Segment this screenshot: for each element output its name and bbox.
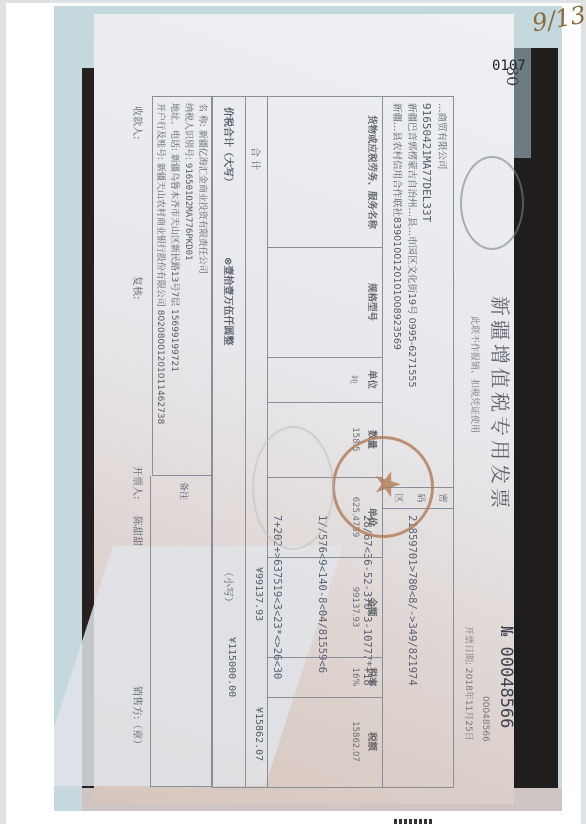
drawer-name: 陈甜甜 bbox=[131, 516, 146, 546]
faded-seal bbox=[252, 426, 334, 550]
col-header: 金额 bbox=[366, 557, 383, 657]
buyer-address: 新疆巴音郭楞蒙古自治州…县…市园区文化街19号 0995-6271555 bbox=[404, 103, 419, 388]
total-amount: ¥99137.93 bbox=[253, 567, 264, 621]
seller-name: 新疆亿海汇金商业投资有限责任公司 bbox=[197, 130, 207, 274]
barcode-fragment bbox=[394, 819, 434, 824]
reviewer-label: 复核: bbox=[131, 276, 146, 299]
invoice-date: 开票日期: 2018年11月25日 bbox=[463, 626, 476, 741]
grand-total-words: ⊗壹拾壹万伍仟圆整 bbox=[222, 257, 237, 345]
invoice-number: № 00048566 bbox=[496, 626, 516, 728]
vat-invoice: 30 新疆增值税专用发票 此联不作报销、扣税凭证使用 № 00048566 00… bbox=[174, 46, 534, 786]
buyer-name: …商贸有限公司 bbox=[434, 103, 449, 388]
total-label: 合 计 bbox=[249, 147, 264, 170]
seller-address: 新疆乌鲁木齐市天山区新民路13号7层 15699199721 bbox=[169, 154, 179, 372]
col-header: 货物或应税劳务、服务名称 bbox=[366, 97, 383, 247]
seller-name-row: 名 称: 新疆亿海汇金商业投资有限责任公司 bbox=[195, 103, 209, 469]
cell-rate: 16% bbox=[350, 657, 366, 697]
tax-bureau-seal bbox=[460, 156, 524, 250]
seller-label: 地址、电话: bbox=[169, 103, 179, 151]
company-seal: ★ bbox=[332, 436, 434, 538]
grand-small-label: （小写） bbox=[222, 567, 237, 607]
cipher-line: 21859701>780<8/->349/821974 bbox=[404, 515, 419, 686]
number-label: № bbox=[496, 626, 516, 636]
date-label: 开票日期: bbox=[463, 626, 473, 665]
col-amount: 金额 99137.93 bbox=[268, 557, 383, 658]
payee-label: 收款人: bbox=[131, 106, 146, 139]
invoice-title: 新疆增值税专用发票 bbox=[487, 296, 516, 512]
col-tax: 税额 15862.07 bbox=[268, 697, 383, 786]
col-unit: 单位 吨 bbox=[268, 357, 383, 403]
remark-label: 备注 bbox=[178, 482, 191, 500]
number-value: 00048566 bbox=[496, 647, 516, 729]
date-value: 2018年11月25日 bbox=[463, 668, 473, 741]
grand-total-label: 价税合计（大写） bbox=[222, 107, 237, 187]
col-rate: 税率 16% bbox=[268, 657, 383, 698]
remark-section: 备注 bbox=[150, 476, 212, 787]
col-spec: 规格型号 bbox=[268, 247, 383, 358]
star-icon: ★ bbox=[367, 469, 407, 499]
col-header: 税率 bbox=[366, 657, 383, 697]
buyer-bank: 新疆…县农村信用合作联社8390100120101008923569 bbox=[389, 103, 404, 388]
buyer-tax-id: 91650421MA77DEL33T bbox=[419, 103, 434, 388]
seller-bank: 新疆天山农村商业银行股份有限公司 80208001201011462738 bbox=[155, 163, 165, 424]
cell-tax: 15862.07 bbox=[350, 697, 366, 786]
drawer-label: 开票人: bbox=[131, 466, 146, 499]
seller-section: 名 称: 新疆亿海汇金商业投资有限责任公司 纳税人识别号: 916501O2MA… bbox=[152, 96, 212, 476]
seller-seal-label: 销售方:（章） bbox=[131, 686, 146, 749]
seller-tax-id: 916501O2MA776PKD01 bbox=[183, 163, 193, 261]
col-header: 单位 bbox=[366, 357, 383, 402]
seller-bank-row: 开户行及账号: 新疆天山农村商业银行股份有限公司 802080012010114… bbox=[153, 103, 167, 469]
seller-label: 名 称: bbox=[197, 103, 207, 127]
seller-address-row: 地址、电话: 新疆乌鲁木齐市天山区新民路13号7层 15699199721 bbox=[167, 103, 181, 469]
grand-total-row: 价税合计（大写） ⊗壹拾壹万伍仟圆整 （小写） ¥115000.00 bbox=[213, 97, 246, 787]
invoice-number-small: 00048566 bbox=[480, 696, 490, 742]
col-header: 规格型号 bbox=[366, 247, 383, 357]
cell-amount: 99137.93 bbox=[350, 557, 366, 657]
col-name: 货物或应税劳务、服务名称 bbox=[268, 97, 383, 248]
seller-tax-row: 纳税人识别号: 916501O2MA776PKD01 bbox=[181, 103, 195, 469]
invoice-subtitle: 此联不作报销、扣税凭证使用 bbox=[469, 316, 482, 433]
col-header: 税额 bbox=[366, 697, 383, 786]
grand-total-amount: ¥115000.00 bbox=[226, 637, 237, 697]
invoice-photo: 30 新疆增值税专用发票 此联不作报销、扣税凭证使用 № 00048566 00… bbox=[54, 6, 562, 811]
buyer-info: …商贸有限公司 91650421MA77DEL33T 新疆巴音郭楞蒙古自治州…县… bbox=[389, 103, 449, 388]
total-tax: ¥15862.07 bbox=[253, 707, 264, 761]
seller-label: 纳税人识别号: bbox=[183, 103, 193, 160]
seller-label: 开户行及账号: bbox=[155, 103, 165, 160]
cipher-label-char: 密 bbox=[431, 488, 453, 508]
invoice-grid: …商贸有限公司 91650421MA77DEL33T 新疆巴音郭楞蒙古自治州…县… bbox=[212, 96, 454, 788]
scanned-page: 30 新疆增值税专用发票 此联不作报销、扣税凭证使用 № 00048566 00… bbox=[6, 3, 581, 824]
page-code: 0107 bbox=[492, 58, 526, 74]
cell-unit: 吨 bbox=[348, 357, 366, 402]
